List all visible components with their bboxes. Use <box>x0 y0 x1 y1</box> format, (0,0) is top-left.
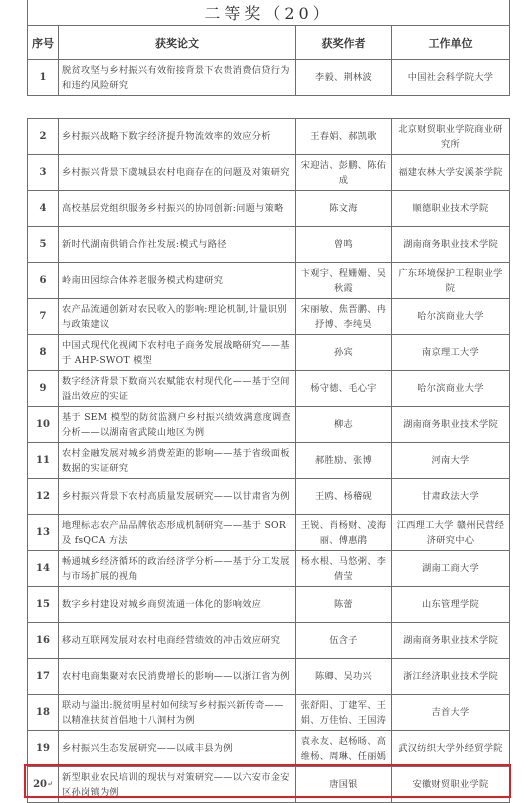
row-number: 4 <box>28 191 59 227</box>
row-number: 5 <box>28 227 59 263</box>
table-row: 6 岭南田园综合体养老服务模式构建研究 卞观宇、程姗姗、吴秋霞 广东环境保护工程… <box>28 263 510 299</box>
work-unit: 浙江经济职业技术学院 <box>392 659 510 695</box>
row-number-text: 5 <box>40 239 47 250</box>
paper-authors: 杨守德、毛心宇 <box>296 371 392 407</box>
work-unit: 吉首大学 <box>392 695 510 731</box>
table-row: 5 新时代湖南供销合作社发展:模式与路径 曾鸣 湖南商务职业技术学院 <box>28 227 510 263</box>
work-unit: 甘肃政法大学 <box>392 479 510 515</box>
paper-authors: 卞观宇、程姗姗、吴秋霞 <box>296 263 392 299</box>
row-number-text: 17 <box>36 671 50 682</box>
row-number-text: 3 <box>40 167 47 178</box>
work-unit: 顺德职业技术学院 <box>392 191 510 227</box>
paper-authors: 柳志 <box>296 407 392 443</box>
row-number: 12 <box>28 479 59 515</box>
header-title: 获奖论文 <box>59 26 296 60</box>
work-unit: 南京理工大学 <box>392 335 510 371</box>
paper-title: 农村金融发展对城乡消费差距的影响——基于省级面板数据的实证研究 <box>59 443 296 479</box>
paper-authors: 杨水根、马悠粥、李倩莹 <box>296 551 392 587</box>
table-row: 1 脱贫攻坚与乡村振兴有效衔接背景下农贵消费信贷行为和违约风险研究 李毅、荆林波… <box>28 60 510 96</box>
paper-title: 脱贫攻坚与乡村振兴有效衔接背景下农贵消费信贷行为和违约风险研究 <box>59 60 296 96</box>
table-row: 2 乡村振兴战略下数字经济提升物流效率的效应分析 王春娟、郝凯歌 北京财贸职业学… <box>28 119 510 155</box>
row-number: 16 <box>28 623 59 659</box>
paper-authors: 陈文海 <box>296 191 392 227</box>
work-unit: 湖南商务职业技术学院 <box>392 407 510 443</box>
work-unit: 安徽财贸职业学院 <box>392 767 510 803</box>
work-unit: 湖南商务职业技术学院 <box>392 227 510 263</box>
paper-authors: 王锐、肖杨财、凌海丽、傅惠鹃 <box>296 515 392 551</box>
row-number: 6 <box>28 263 59 299</box>
work-unit: 哈尔滨商业大学 <box>392 299 510 335</box>
award-table-top: 二等奖（20） 序号 获奖论文 获奖作者 工作单位 1 脱贫攻坚与乡村振兴有效衔… <box>27 0 510 96</box>
row-number: 3 <box>28 155 59 191</box>
paper-title: 乡村振兴背景下虞城县农村电商存在的问题及对策研究 <box>59 155 296 191</box>
work-unit: 中国社会科学院大学 <box>392 60 510 96</box>
paper-authors: 王春娟、郝凯歌 <box>296 119 392 155</box>
row-number: 17 <box>28 659 59 695</box>
paper-authors: 宋迎洁、彭鹏、陈佑成 <box>296 155 392 191</box>
work-unit: 哈尔滨商业大学 <box>392 371 510 407</box>
work-unit: 武汉纺织大学外经贸学院 <box>392 731 510 767</box>
paper-title: 新型职业农民培训的现状与对策研究——以六安市金安区孙岗镇为例 <box>59 767 296 803</box>
row-number: 7 <box>28 299 59 335</box>
paper-title: 乡村振兴生态发展研究——以咸丰县为例 <box>59 731 296 767</box>
paper-authors: 曾鸣 <box>296 227 392 263</box>
row-number: 20↵ <box>28 767 59 803</box>
paper-authors: 王鸥、杨稽砚 <box>296 479 392 515</box>
paper-authors: 宋丽敏、焦晋鹏、冉抒博、李纯昊 <box>296 299 392 335</box>
row-number: 1 <box>28 60 59 96</box>
row-number-text: 14 <box>36 563 50 574</box>
paper-title: 农村电商集聚对农民消费增长的影响——以浙江省为例 <box>59 659 296 695</box>
row-number-text: 19 <box>36 743 50 754</box>
paper-title: 数字乡村建设对城乡商贸流通一体化的影响效应 <box>59 587 296 623</box>
table-row: 8 中国式现代化视阈下农村电子商务发展战略研究——基于 AHP-SWOT 模型 … <box>28 335 510 371</box>
table-row: 14 畅通城乡经济循环的政治经济学分析——基于分工发展与市场扩展的视角 杨水根、… <box>28 551 510 587</box>
table-header-row: 序号 获奖论文 获奖作者 工作单位 <box>28 26 510 60</box>
row-number-text: 20 <box>33 779 47 790</box>
paper-authors: 孙宾 <box>296 335 392 371</box>
row-number: 13 <box>28 515 59 551</box>
table-row: 18 联动与溢出:脱贫明星村如何续写乡村振兴新传奇——以精准扶贫首倡地十八洞村为… <box>28 695 510 731</box>
row-number: 8 <box>28 335 59 371</box>
row-number-text: 12 <box>36 491 50 502</box>
paper-authors: 李毅、荆林波 <box>296 60 392 96</box>
work-unit: 江西理工大学 赣州民营经济研究中心 <box>392 515 510 551</box>
paper-authors: 张舒阳、丁建军、王娟、万佳怡、王国涛 <box>296 695 392 731</box>
row-number-text: 7 <box>40 311 47 322</box>
table-row: 10 基于 SEM 模型的防贫监测户乡村振兴绩效满意度调查分析——以湖南省武陵山… <box>28 407 510 443</box>
row-number-text: 4 <box>40 203 47 214</box>
table-row: 15 数字乡村建设对城乡商贸流通一体化的影响效应 陈蕾 山东管理学院 <box>28 587 510 623</box>
paper-title: 畅通城乡经济循环的政治经济学分析——基于分工发展与市场扩展的视角 <box>59 551 296 587</box>
paper-title: 基于 SEM 模型的防贫监测户乡村振兴绩效满意度调查分析——以湖南省武陵山地区为… <box>59 407 296 443</box>
table-row: 17 农村电商集聚对农民消费增长的影响——以浙江省为例 陈卿、吴功兴 浙江经济职… <box>28 659 510 695</box>
header-authors: 获奖作者 <box>296 26 392 60</box>
paper-title: 新时代湖南供销合作社发展:模式与路径 <box>59 227 296 263</box>
table-row: 7 农产品流通创新对农民收入的影响:理论机制,计量识别与政策建议 宋丽敏、焦晋鹏… <box>28 299 510 335</box>
paper-authors: 郝胜励、张博 <box>296 443 392 479</box>
row-number: 11 <box>28 443 59 479</box>
section-title: 二等奖（20） <box>28 0 510 26</box>
row-number-text: 11 <box>36 455 50 466</box>
paper-title: 高校基层党组织服务乡村振兴的协同创新:问题与策略 <box>59 191 296 227</box>
row-number: 19 <box>28 731 59 767</box>
header-unit: 工作单位 <box>392 26 510 60</box>
return-mark-icon: ↵ <box>47 779 53 788</box>
paper-authors: 袁永友、赵杨旸、高维杨、周琳、任丽嫣 <box>296 731 392 767</box>
table-row: 4 高校基层党组织服务乡村振兴的协同创新:问题与策略 陈文海 顺德职业技术学院 <box>28 191 510 227</box>
paper-authors: 伍含子 <box>296 623 392 659</box>
table-row: 16 移动互联网发展对农村电商经营绩效的冲击效应研究 伍含子 湖南商务职业技术学… <box>28 623 510 659</box>
paper-title: 数字经济背景下数商兴农赋能农村现代化——基于空间溢出效应的实证 <box>59 371 296 407</box>
row-number-text: 18 <box>36 707 50 718</box>
row-number: 14 <box>28 551 59 587</box>
row-number-text: 15 <box>36 599 50 610</box>
table-row: 13 地理标志农产品品牌依态形成机制研究——基于 SOR 及 fsQCA 方法 … <box>28 515 510 551</box>
row-number: 10 <box>28 407 59 443</box>
row-number-text: 8 <box>40 347 47 358</box>
work-unit: 广东环境保护工程职业学院 <box>392 263 510 299</box>
work-unit: 福建农林大学安溪茶学院 <box>392 155 510 191</box>
row-number-text: 10 <box>36 419 50 430</box>
paper-title: 联动与溢出:脱贫明星村如何续写乡村振兴新传奇——以精准扶贫首倡地十八洞村为例 <box>59 695 296 731</box>
header-no: 序号 <box>28 26 59 60</box>
table-row: 9 数字经济背景下数商兴农赋能农村现代化——基于空间溢出效应的实证 杨守德、毛心… <box>28 371 510 407</box>
row-number: 18 <box>28 695 59 731</box>
paper-title: 中国式现代化视阈下农村电子商务发展战略研究——基于 AHP-SWOT 模型 <box>59 335 296 371</box>
paper-title: 移动互联网发展对农村电商经营绩效的冲击效应研究 <box>59 623 296 659</box>
table-row: 3 乡村振兴背景下虞城县农村电商存在的问题及对策研究 宋迎洁、彭鹏、陈佑成 福建… <box>28 155 510 191</box>
award-table-continued: 2 乡村振兴战略下数字经济提升物流效率的效应分析 王春娟、郝凯歌 北京财贸职业学… <box>27 118 510 803</box>
work-unit: 河南大学 <box>392 443 510 479</box>
row-number-text: 6 <box>40 275 47 286</box>
work-unit: 山东管理学院 <box>392 587 510 623</box>
table-row: 19 乡村振兴生态发展研究——以咸丰县为例 袁永友、赵杨旸、高维杨、周琳、任丽嫣… <box>28 731 510 767</box>
table-row: 11 农村金融发展对城乡消费差距的影响——基于省级面板数据的实证研究 郝胜励、张… <box>28 443 510 479</box>
paper-title: 农产品流通创新对农民收入的影响:理论机制,计量识别与政策建议 <box>59 299 296 335</box>
work-unit: 湖南工商大学 <box>392 551 510 587</box>
row-number-text: 13 <box>36 527 50 538</box>
paper-title: 乡村振兴战略下数字经济提升物流效率的效应分析 <box>59 119 296 155</box>
row-number-text: 2 <box>40 131 47 142</box>
row-number: 15 <box>28 587 59 623</box>
row-number-text: 9 <box>40 383 47 394</box>
paper-title: 地理标志农产品品牌依态形成机制研究——基于 SOR 及 fsQCA 方法 <box>59 515 296 551</box>
row-number-text: 16 <box>36 635 50 646</box>
paper-authors: 唐国银 <box>296 767 392 803</box>
row-number: 9 <box>28 371 59 407</box>
work-unit: 北京财贸职业学院商业研究所 <box>392 119 510 155</box>
row-number: 2 <box>28 119 59 155</box>
table-row: 12 乡村振兴背景下农村高质量发展研究——以甘肃省为例 王鸥、杨稽砚 甘肃政法大… <box>28 479 510 515</box>
work-unit: 湖南商务职业技术学院 <box>392 623 510 659</box>
paper-title: 岭南田园综合体养老服务模式构建研究 <box>59 263 296 299</box>
paper-authors: 陈卿、吴功兴 <box>296 659 392 695</box>
paper-authors: 陈蕾 <box>296 587 392 623</box>
table-row-highlighted: 20↵ 新型职业农民培训的现状与对策研究——以六安市金安区孙岗镇为例 唐国银 安… <box>28 767 510 803</box>
paper-title: 乡村振兴背景下农村高质量发展研究——以甘肃省为例 <box>59 479 296 515</box>
